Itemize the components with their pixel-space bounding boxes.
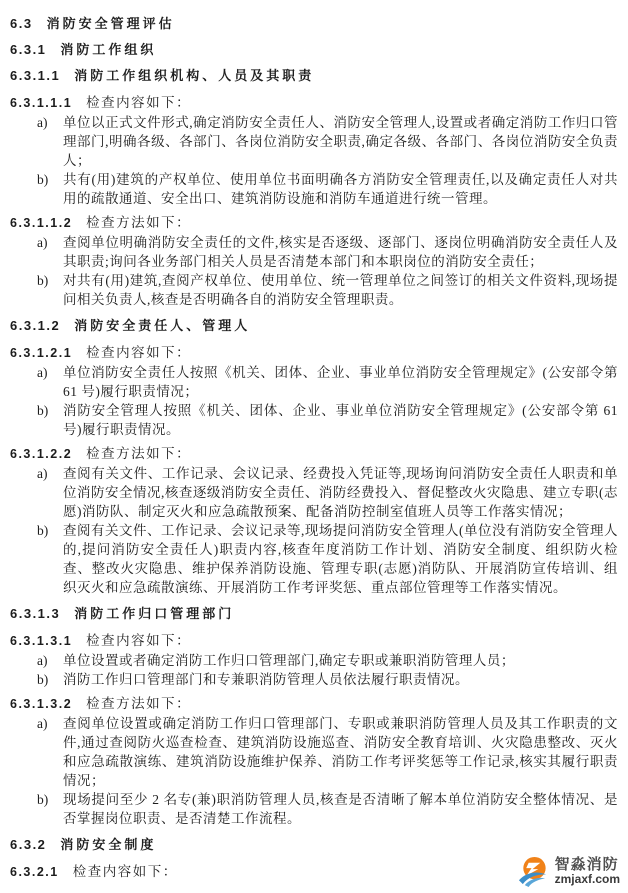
clause-title: 检查内容如下： xyxy=(86,345,191,360)
zhimiao-fire-logo-icon xyxy=(517,855,550,888)
list-item-text: 查阅有关文件、工作记录、会议记录、经费投入凭证等,现场询问消防安全责任人职责和单… xyxy=(63,466,618,519)
clause-number: 6.3.1.3.2 xyxy=(10,697,72,711)
list-item-text: 共有(用)建筑的产权单位、使用单位书面明确各方消防安全管理责任,以及确定责任人对… xyxy=(63,172,618,206)
clause-number: 6.3.1.3.1 xyxy=(10,634,72,648)
section-title: 消防工作组织 xyxy=(60,42,156,57)
list-item-text: 查阅单位明确消防安全责任的文件,核实是否逐级、逐部门、逐岗位明确消防安全责任人及… xyxy=(63,235,618,269)
clause-title: 检查内容如下： xyxy=(86,633,191,648)
list-item-text: 单位设置或者确定消防工作归口管理部门,确定专职或兼职消防管理人员； xyxy=(63,653,515,668)
clause-heading: 6.3.1.1.1检查内容如下： xyxy=(10,93,618,113)
list-item-text: 对共有(用)建筑,查阅产权单位、使用单位、统一管理单位之间签订的相关文件资料,现… xyxy=(63,273,618,307)
section-title: 消防工作组织机构、人员及其职责 xyxy=(74,68,314,83)
section-heading: 6.3.1消防工作组织 xyxy=(10,41,618,59)
list-item-label: b) xyxy=(37,521,48,540)
clause-heading: 6.3.1.2.2检查方法如下： xyxy=(10,444,618,464)
clause-heading: 6.3.1.1.2检查方法如下： xyxy=(10,213,618,233)
section-heading: 6.3.1.3消防工作归口管理部门 xyxy=(10,605,618,623)
brand-watermark: 智淼消防 zmjaxf.com xyxy=(517,855,620,888)
clause-title: 检查方法如下： xyxy=(86,215,191,230)
clause-heading: 6.3.1.3.2检查方法如下： xyxy=(10,694,618,714)
list-item: b)现场提问至少 2 名专(兼)职消防管理人员,核查是否清晰了解本单位消防安全整… xyxy=(10,790,618,828)
section-heading: 6.3消防安全管理评估 xyxy=(10,15,618,33)
section-heading: 6.3.1.2消防安全责任人、管理人 xyxy=(10,317,618,335)
list-item-text: 单位以正式文件形式,确定消防安全责任人、消防安全管理人,设置或者确定消防工作归口… xyxy=(63,115,618,168)
list-item: a)单位以正式文件形式,确定消防安全责任人、消防安全管理人,设置或者确定消防工作… xyxy=(10,113,618,170)
section-title: 消防安全管理评估 xyxy=(47,16,175,31)
section-number: 6.3.1 xyxy=(10,42,46,57)
list-item-label: b) xyxy=(37,271,48,290)
list-item-text: 现场提问至少 2 名专(兼)职消防管理人员,核查是否清晰了解本单位消防安全整体情… xyxy=(63,792,618,826)
list-item: a)查阅单位明确消防安全责任的文件,核实是否逐级、逐部门、逐岗位明确消防安全责任… xyxy=(10,233,618,271)
brand-name: 智淼消防 xyxy=(555,857,620,873)
clause-number: 6.3.1.2.1 xyxy=(10,346,72,360)
list-item-label: b) xyxy=(37,790,48,809)
section-heading: 6.3.2消防安全制度 xyxy=(10,836,618,854)
brand-domain: zmjaxf.com xyxy=(555,873,620,886)
section-heading: 6.3.1.1消防工作组织机构、人员及其职责 xyxy=(10,67,618,85)
clause-number: 6.3.1.2.2 xyxy=(10,447,72,461)
section-number: 6.3.2 xyxy=(10,837,46,852)
section-number: 6.3.1.3 xyxy=(10,606,60,621)
list-item: a)单位消防安全责任人按照《机关、团体、企业、事业单位消防安全管理规定》(公安部… xyxy=(10,363,618,401)
list-item: b)共有(用)建筑的产权单位、使用单位书面明确各方消防安全管理责任,以及确定责任… xyxy=(10,170,618,208)
list-item: a)单位设置或者确定消防工作归口管理部门,确定专职或兼职消防管理人员； xyxy=(10,651,618,670)
clause-title: 检查方法如下： xyxy=(86,696,191,711)
section-number: 6.3.1.2 xyxy=(10,318,60,333)
clause-number: 6.3.1.1.2 xyxy=(10,216,72,230)
clause-title: 检查内容如下： xyxy=(73,864,178,879)
clause-number: 6.3.2.1 xyxy=(10,865,59,879)
brand-text-block: 智淼消防 zmjaxf.com xyxy=(555,857,620,885)
list-item-label: b) xyxy=(37,170,48,189)
list-item-label: a) xyxy=(37,464,48,483)
list-item: b)查阅有关文件、工作记录、会议记录等,现场提问消防安全管理人(单位没有消防安全… xyxy=(10,521,618,597)
list-item-text: 查阅单位设置或确定消防工作归口管理部门、专职或兼职消防管理人员及其工作职责的文件… xyxy=(63,716,618,788)
list-item-text: 消防安全管理人按照《机关、团体、企业、事业单位消防安全管理规定》(公安部令第 6… xyxy=(63,403,618,437)
list-item-label: a) xyxy=(37,363,48,382)
section-number: 6.3.1.1 xyxy=(10,68,60,83)
section-number: 6.3 xyxy=(10,16,33,31)
list-item-label: a) xyxy=(37,113,48,132)
list-item: b)对共有(用)建筑,查阅产权单位、使用单位、统一管理单位之间签订的相关文件资料… xyxy=(10,271,618,309)
section-title: 消防安全制度 xyxy=(60,837,156,852)
document-page: 6.3消防安全管理评估6.3.1消防工作组织6.3.1.1消防工作组织机构、人员… xyxy=(0,0,628,893)
list-item: b)消防安全管理人按照《机关、团体、企业、事业单位消防安全管理规定》(公安部令第… xyxy=(10,401,618,439)
clause-title: 检查方法如下： xyxy=(86,446,191,461)
document-content: 6.3消防安全管理评估6.3.1消防工作组织6.3.1.1消防工作组织机构、人员… xyxy=(10,15,618,882)
list-item-label: a) xyxy=(37,651,48,670)
list-item-text: 查阅有关文件、工作记录、会议记录等,现场提问消防安全管理人(单位没有消防安全管理… xyxy=(63,523,618,595)
clause-number: 6.3.1.1.1 xyxy=(10,96,72,110)
list-item-label: b) xyxy=(37,670,48,689)
list-item-text: 单位消防安全责任人按照《机关、团体、企业、事业单位消防安全管理规定》(公安部令第… xyxy=(63,365,618,399)
list-item-text: 消防工作归口管理部门和专兼职消防管理人员依法履行职责情况。 xyxy=(63,672,469,687)
list-item-label: a) xyxy=(37,714,48,733)
list-item: b)消防工作归口管理部门和专兼职消防管理人员依法履行职责情况。 xyxy=(10,670,618,689)
list-item: a)查阅有关文件、工作记录、会议记录、经费投入凭证等,现场询问消防安全责任人职责… xyxy=(10,464,618,521)
section-title: 消防工作归口管理部门 xyxy=(74,606,234,621)
list-item: a)查阅单位设置或确定消防工作归口管理部门、专职或兼职消防管理人员及其工作职责的… xyxy=(10,714,618,790)
clause-heading: 6.3.1.2.1检查内容如下： xyxy=(10,343,618,363)
clause-title: 检查内容如下： xyxy=(86,95,191,110)
clause-heading: 6.3.1.3.1检查内容如下： xyxy=(10,631,618,651)
list-item-label: a) xyxy=(37,233,48,252)
list-item-label: b) xyxy=(37,401,48,420)
section-title: 消防安全责任人、管理人 xyxy=(74,318,250,333)
